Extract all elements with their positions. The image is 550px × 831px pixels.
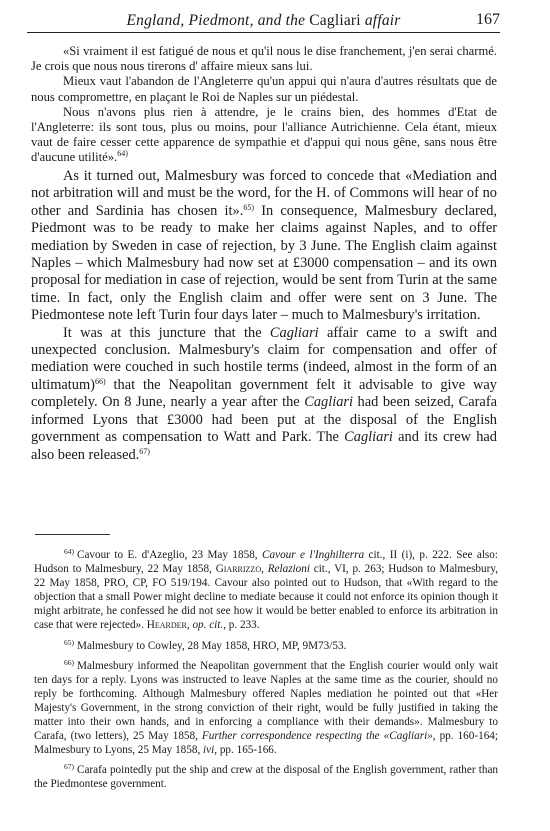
citation-abbrev: ivi (203, 744, 214, 756)
author-name: Giarrizzo (216, 563, 261, 575)
ship-name: Cagliari (270, 325, 319, 341)
work-title: Relazioni (268, 563, 310, 575)
body-text: In consequence, Malmesbury declared, Pie… (31, 203, 497, 323)
footnote-67: 67)Carafa pointedly put the ship and cre… (34, 763, 498, 791)
title-roman-text: Cagliari (309, 12, 361, 29)
footnote-mark: 65) (64, 638, 74, 647)
work-title: Cavour e l'Inghilterra (262, 549, 364, 561)
ship-name: Cagliari (304, 394, 353, 410)
body-text: It was at this juncture that the (63, 325, 270, 341)
quote-text: Nous n'avons plus rien à attendre, je le… (31, 105, 497, 165)
footnote-text: Cavour to E. d'Azeglio, 23 May 1858, (77, 549, 262, 561)
running-title: England, Piedmont, and the Cagliari affa… (27, 12, 500, 30)
footnote-separator (35, 534, 110, 535)
block-quote: «Si vraiment il est fatigué de nous et q… (31, 44, 497, 166)
quote-paragraph: «Si vraiment il est fatigué de nous et q… (31, 44, 497, 74)
book-page: England, Piedmont, and the Cagliari affa… (0, 0, 550, 831)
footnote-mark: 67) (64, 762, 74, 771)
footnote-text: , p. 233. (223, 619, 259, 631)
running-header: England, Piedmont, and the Cagliari affa… (27, 10, 500, 33)
footnote-66: 66)Malmesbury informed the Neapolitan go… (34, 659, 498, 758)
quote-paragraph: Nous n'avons plus rien à attendre, je le… (31, 105, 497, 166)
citation-abbrev: op. cit. (192, 619, 223, 631)
page-number: 167 (476, 11, 500, 29)
main-text: As it turned out, Malmesbury was forced … (31, 168, 497, 464)
ship-name: Cagliari (344, 429, 393, 445)
footnote-65: 65)Malmesbury to Cowley, 28 May 1858, HR… (34, 639, 498, 653)
body-paragraph: As it turned out, Malmesbury was forced … (31, 168, 497, 325)
work-title: Further correspondence respecting the «C… (202, 730, 433, 742)
footnote-mark: 66) (64, 658, 74, 667)
footnotes: 64)Cavour to E. d'Azeglio, 23 May 1858, … (34, 548, 498, 798)
title-text-end: affair (361, 12, 401, 29)
footnote-text: Carafa pointedly put the ship and crew a… (34, 764, 498, 790)
footnote-ref-66[interactable]: 66) (95, 377, 106, 386)
footnote-64: 64)Cavour to E. d'Azeglio, 23 May 1858, … (34, 548, 498, 633)
footnote-ref-64[interactable]: 64) (117, 149, 128, 158)
footnote-mark: 64) (64, 547, 74, 556)
author-name: Hearder (147, 619, 187, 631)
footnote-text: , (261, 563, 268, 575)
quote-paragraph: Mieux vaut l'abandon de l'Angleterre qu'… (31, 74, 497, 104)
footnote-text: Malmesbury to Cowley, 28 May 1858, HRO, … (77, 640, 346, 652)
footnote-ref-67[interactable]: 67) (139, 447, 150, 456)
footnote-text: , pp. 165-166. (214, 744, 276, 756)
body-paragraph: It was at this juncture that the Cagliar… (31, 325, 497, 464)
footnote-ref-65[interactable]: 65) (243, 203, 254, 212)
title-text: England, Piedmont, and the (126, 12, 309, 29)
